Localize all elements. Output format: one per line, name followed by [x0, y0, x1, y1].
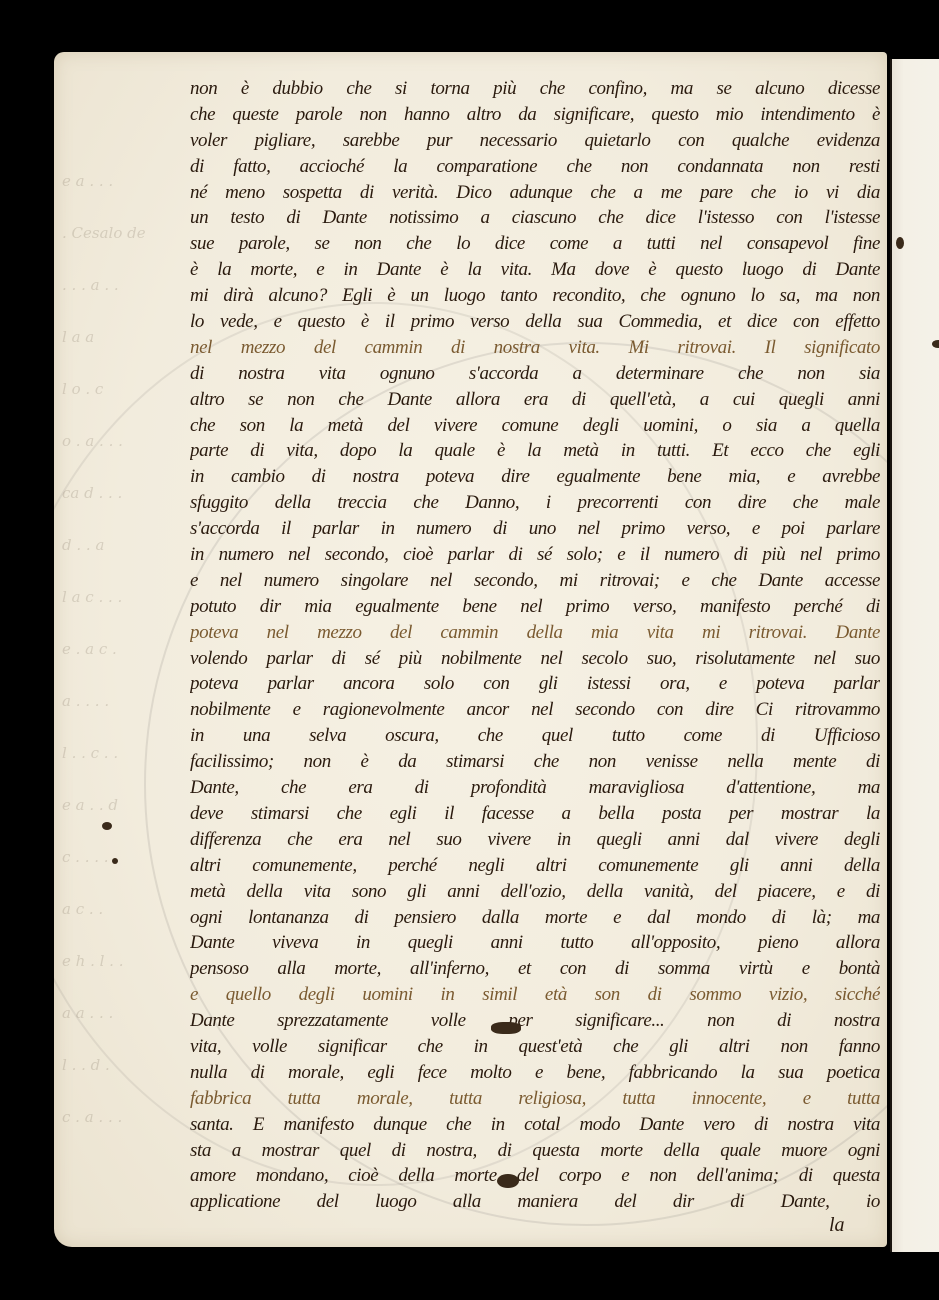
- ink-blot: [896, 237, 904, 249]
- ink-blot: [497, 1174, 519, 1188]
- manuscript-line: poteva nel mezzo del cammin della mia vi…: [190, 620, 880, 646]
- manuscript-line: metà della vita sono gli anni dell'ozio,…: [190, 879, 880, 905]
- manuscript-line: e quello degli uomini in simil età son d…: [190, 982, 880, 1008]
- manuscript-line: che son la metà del vivere comune degli …: [190, 413, 880, 439]
- manuscript-line: sfuggito della treccia che Danno, i prec…: [190, 490, 880, 516]
- ink-blot: [932, 340, 939, 348]
- manuscript-line: volendo parlar di sé più nobilmente nel …: [190, 646, 880, 672]
- catchword: la: [829, 1214, 845, 1237]
- manuscript-line: altro se non che Dante allora era di que…: [190, 387, 880, 413]
- manuscript-line: lo vede, e questo è il primo verso della…: [190, 309, 880, 335]
- manuscript-line: potuto dir mia egualmente bene nel primo…: [190, 594, 880, 620]
- manuscript-line: fabbrica tutta morale, tutta religiosa, …: [190, 1086, 880, 1112]
- adjacent-page: [890, 59, 939, 1252]
- manuscript-line: in cambio di nostra poteva dire egualmen…: [190, 464, 880, 490]
- manuscript-line: altri comunemente, perché negli altri co…: [190, 853, 880, 879]
- manuscript-line: differenza che era nel suo vivere in que…: [190, 827, 880, 853]
- manuscript-line: vita, volle significar che in quest'età …: [190, 1034, 880, 1060]
- manuscript-line: in numero nel secondo, cioè parlar di sé…: [190, 542, 880, 568]
- manuscript-line: nulla di morale, egli fece molto e bene,…: [190, 1060, 880, 1086]
- manuscript-page: e a . . .. Cesalo de. . . a . .l a al o …: [54, 52, 887, 1247]
- manuscript-line: che queste parole non hanno altro da sig…: [190, 102, 880, 128]
- manuscript-line: Dante sprezzatamente volle per significa…: [190, 1008, 880, 1034]
- manuscript-line: sta a mostrar quel di nostra, di questa …: [190, 1138, 880, 1164]
- manuscript-line: mi dirà alcuno? Egli è un luogo tanto re…: [190, 283, 880, 309]
- manuscript-line: di nostra vita ognuno s'accorda a determ…: [190, 361, 880, 387]
- manuscript-line: sue parole, se non che lo dice come a tu…: [190, 231, 880, 257]
- manuscript-line: nobilmente e ragionevolmente ancor nel s…: [190, 697, 880, 723]
- handwritten-text: non è dubbio che si torna più che confin…: [190, 76, 880, 1215]
- manuscript-line: nel mezzo del cammin di nostra vita. Mi …: [190, 335, 880, 361]
- manuscript-line: deve stimarsi che egli il facesse a bell…: [190, 801, 880, 827]
- ink-blot: [102, 822, 112, 830]
- manuscript-line: pensoso alla morte, all'inferno, et con …: [190, 956, 880, 982]
- manuscript-line: è la morte, e in Dante è la vita. Ma dov…: [190, 257, 880, 283]
- manuscript-line: parte di vita, dopo la quale è la metà i…: [190, 438, 880, 464]
- manuscript-line: di fatto, accioché la comparatione che n…: [190, 154, 880, 180]
- manuscript-line: ogni lontananza di pensiero dalla morte …: [190, 905, 880, 931]
- manuscript-line: né meno sospetta di verità. Dico adunque…: [190, 180, 880, 206]
- manuscript-line: s'accorda il parlar in numero di uno nel…: [190, 516, 880, 542]
- manuscript-line: e nel numero singolare nel secondo, mi r…: [190, 568, 880, 594]
- manuscript-line: facilissimo; non è da stimarsi che non v…: [190, 749, 880, 775]
- manuscript-line: Dante, che era di profondità maraviglios…: [190, 775, 880, 801]
- ink-blot: [491, 1022, 521, 1034]
- manuscript-line: voler pigliare, sarebbe pur necessario q…: [190, 128, 880, 154]
- manuscript-line: non è dubbio che si torna più che confin…: [190, 76, 880, 102]
- manuscript-line: in una selva oscura, che quel tutto come…: [190, 723, 880, 749]
- manuscript-line: poteva parlar ancora solo con gli istess…: [190, 671, 880, 697]
- manuscript-line: amore mondano, cioè della morte del corp…: [190, 1163, 880, 1189]
- manuscript-line: santa. E manifesto dunque che in cotal m…: [190, 1112, 880, 1138]
- manuscript-line: un testo di Dante notissimo a ciascuno c…: [190, 205, 880, 231]
- manuscript-line: applicatione del luogo alla maniera del …: [190, 1189, 880, 1215]
- manuscript-line: Dante viveva in quegli anni tutto all'op…: [190, 930, 880, 956]
- ink-blot: [112, 858, 118, 864]
